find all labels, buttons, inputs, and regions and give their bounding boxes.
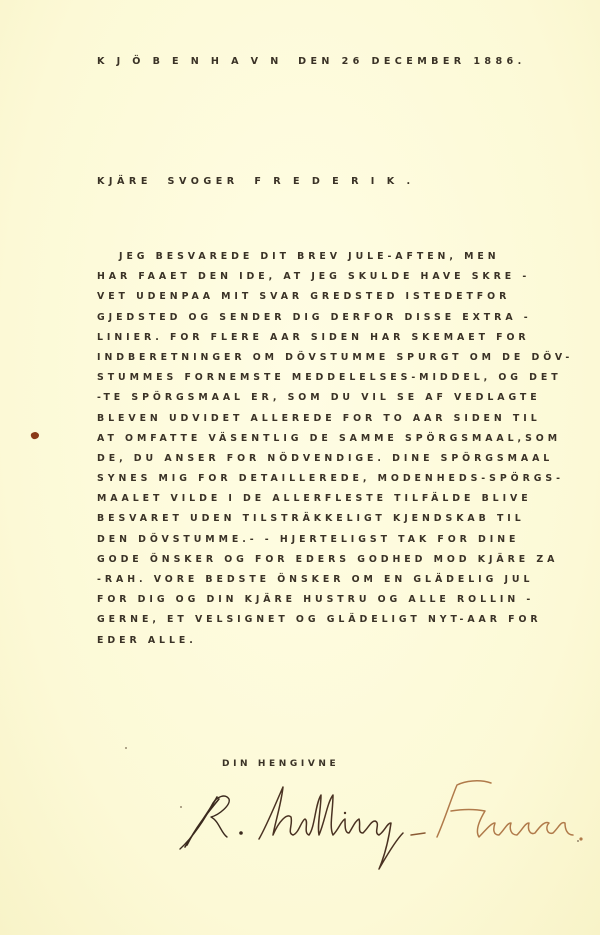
handwritten-signature: [175, 775, 595, 875]
body-line: SYNES MIG FOR DETAILLEREDE, MODENHEDS-SP…: [97, 474, 573, 494]
body-line: AT OMFATTE VÄSENTLIG DE SAMME SPÖRGSMAAL…: [97, 434, 573, 454]
body-line: DEN DÖVSTUMME.- - HJERTELIGST TAK FOR DI…: [97, 535, 573, 555]
body-line: FOR DIG OG DIN KJÄRE HUSTRU OG ALLE ROLL…: [97, 595, 573, 615]
body-line: GODE ÖNSKER OG FOR EDERS GODHED MOD KJÄR…: [97, 555, 573, 575]
letter-closing: DIN HENGIVNE: [222, 760, 339, 769]
body-line: -RAH. VORE BEDSTE ÖNSKER OM EN GLÄDELIG …: [97, 575, 573, 595]
body-line: BESVARET UDEN TILSTRÄKKELIGT KJENDSKAB T…: [97, 514, 573, 534]
body-line: MAALET VILDE I DE ALLERFLESTE TILFÄLDE B…: [97, 494, 573, 514]
body-line: JEG BESVAREDE DIT BREV JULE-AFTEN, MEN: [97, 252, 573, 272]
body-line: VET UDENPAA MIT SVAR GREDSTED ISTEDETFOR: [97, 292, 573, 312]
body-line: GERNE, ET VELSIGNET OG GLÄDELIGT NYT-AAR…: [97, 615, 573, 635]
body-line: -TE SPÖRGSMAAL ER, SOM DU VIL SE AF VEDL…: [97, 393, 573, 413]
body-line: DE, DU ANSER FOR NÖDVENDIGE. DINE SPÖRGS…: [97, 454, 573, 474]
letter-dateline: K J Ö B E N H A V N DEN 26 DECEMBER 1886…: [97, 57, 526, 67]
letter-body: JEG BESVAREDE DIT BREV JULE-AFTEN, MEN H…: [97, 252, 573, 656]
letter-salutation: KJÄRE SVOGER F R E D E R I K .: [97, 177, 415, 187]
body-line: HAR FAAET DEN IDE, AT JEG SKULDE HAVE SK…: [97, 272, 573, 292]
paper-speck: [125, 747, 127, 749]
body-line: BLEVEN UDVIDET ALLEREDE FOR TO AAR SIDEN…: [97, 414, 573, 434]
body-line: GJEDSTED OG SENDER DIG DERFOR DISSE EXTR…: [97, 313, 573, 333]
body-line: INDBERETNINGER OM DÖVSTUMME SPURGT OM DE…: [97, 353, 573, 373]
body-line: STUMMES FORNEMSTE MEDDELELSES-MIDDEL, OG…: [97, 373, 573, 393]
body-line: EDER ALLE.: [97, 636, 573, 656]
body-line: LINIER. FOR FLERE AAR SIDEN HAR SKEMAET …: [97, 333, 573, 353]
